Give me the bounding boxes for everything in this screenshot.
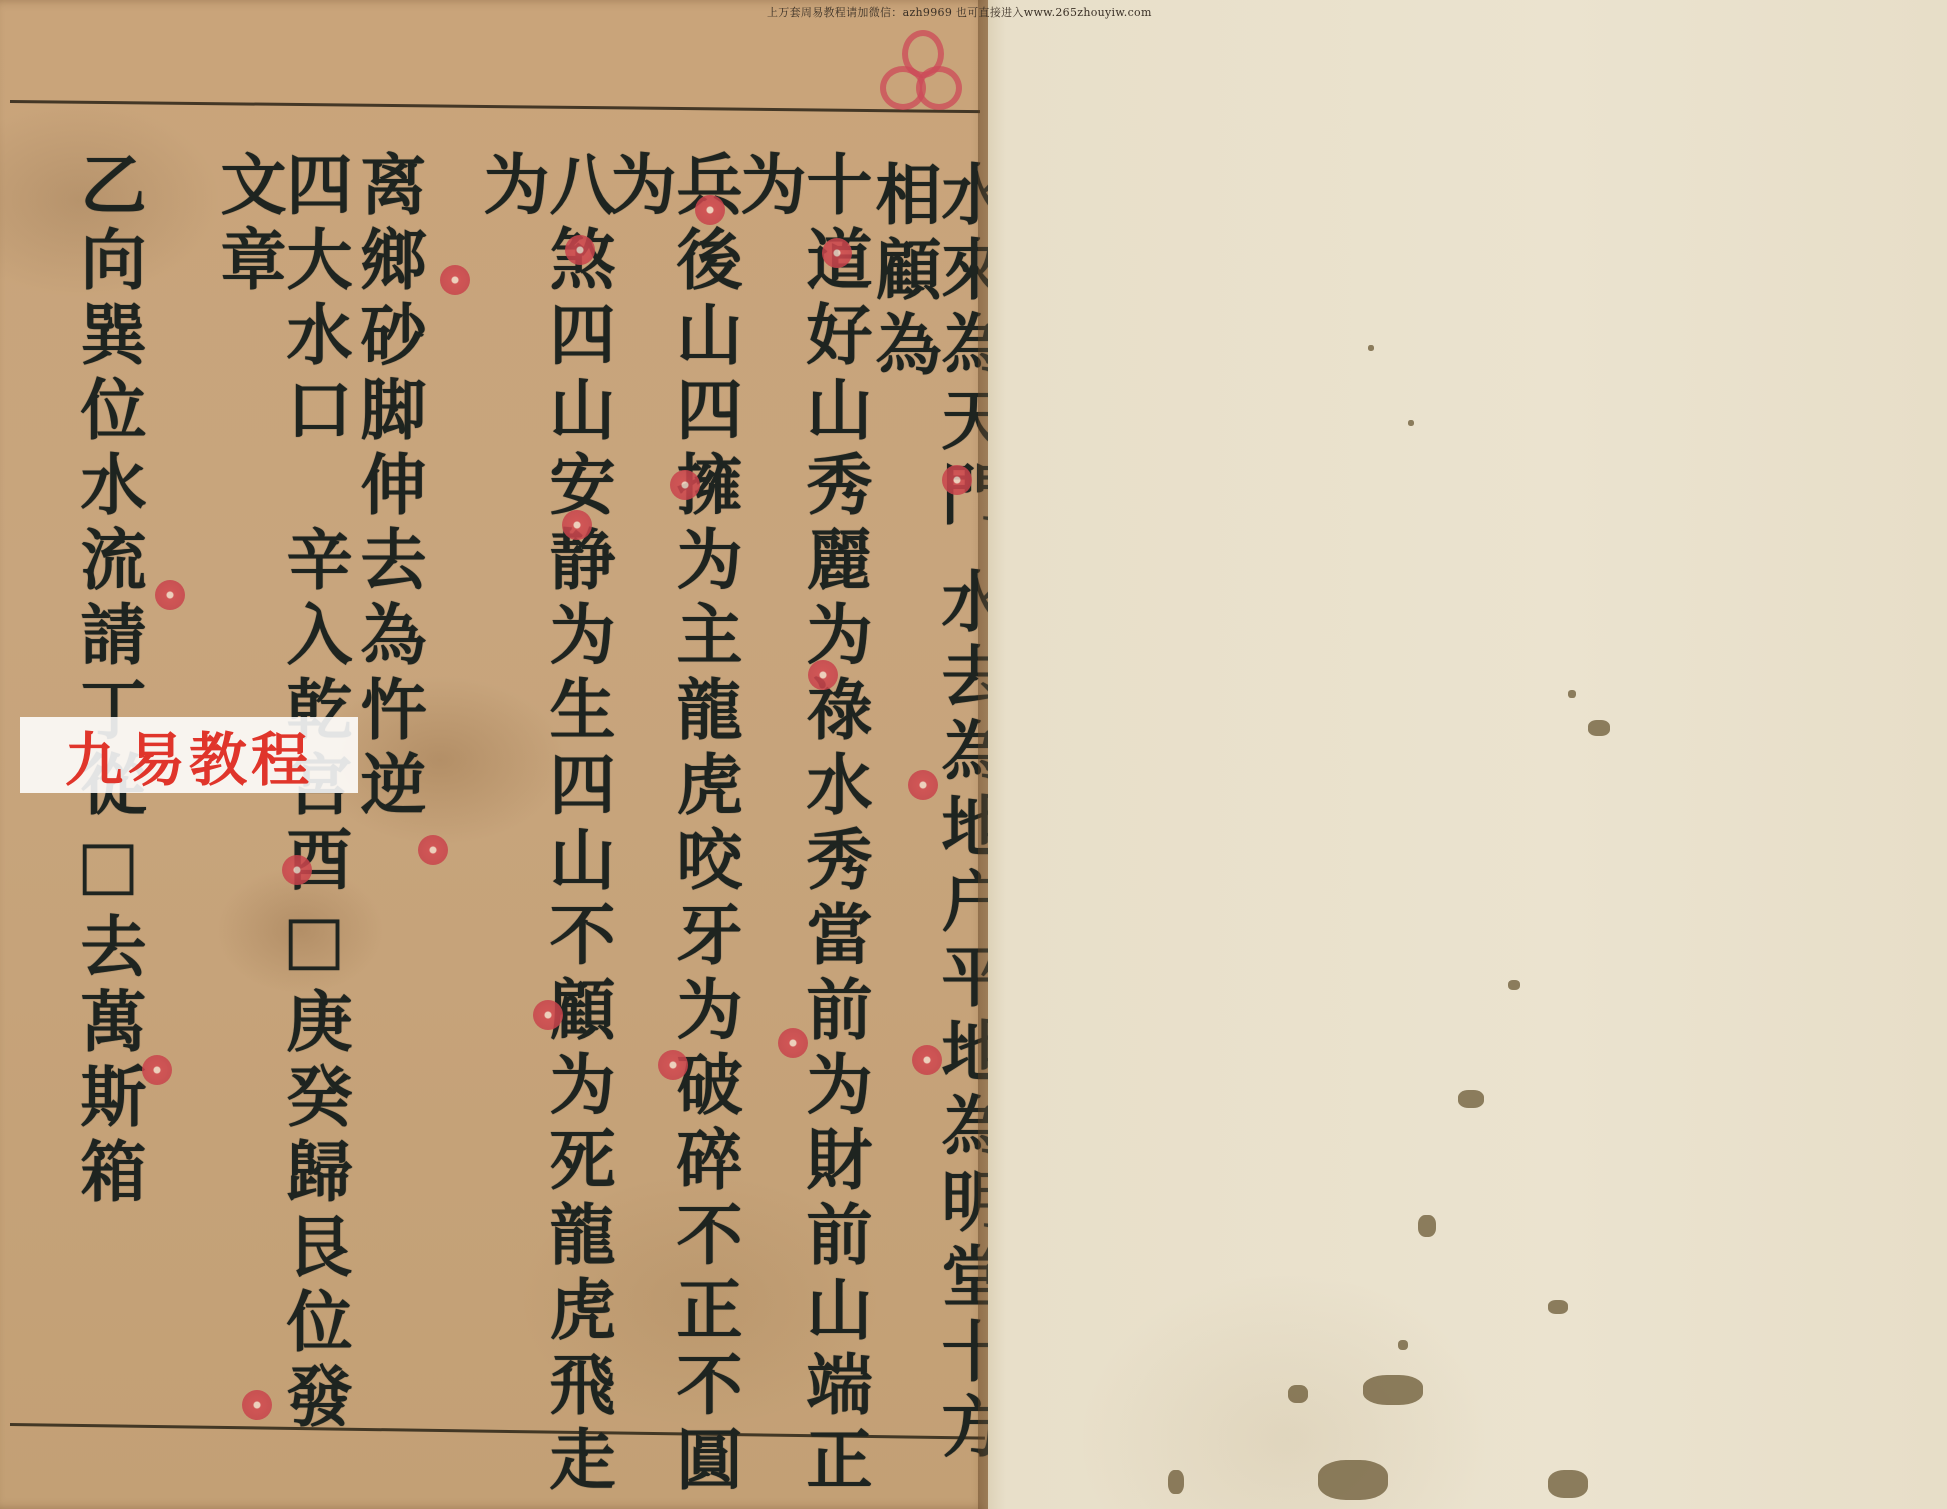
punctuation-dot (912, 1045, 942, 1075)
left-page: 水來為天門 水去為地户平地為明堂十方相顧為 十道好山秀麗为祿水秀當前为財前山端正… (0, 0, 988, 1509)
punctuation-dot (778, 1028, 808, 1058)
punctuation-dot (242, 1390, 272, 1420)
paper-stain (1408, 420, 1414, 426)
paper-stain (1363, 1375, 1423, 1405)
punctuation-dot (565, 235, 595, 265)
paper-stain (1588, 720, 1610, 736)
text-column-3: 兵後山四擁为主龍虎咬牙为破碎不正不圓为 (605, 150, 737, 1509)
paper-stain (1288, 1385, 1308, 1403)
text-column-2: 十道好山秀麗为祿水秀當前为財前山端正为 (735, 150, 867, 1509)
punctuation-dot (440, 265, 470, 295)
paper-stain (1458, 1090, 1484, 1108)
punctuation-dot (562, 510, 592, 540)
text-column-4: 八煞四山安静为生四山不顧为死龍虎飛走为 (478, 150, 610, 1509)
paper-stain (1548, 1470, 1588, 1498)
paper-stain (1548, 1300, 1568, 1314)
paper-stain (1318, 1460, 1388, 1500)
punctuation-dot (822, 238, 852, 268)
text-column-6: 四大水口 辛入乾宮酉□庚癸歸艮位發文章 (215, 150, 347, 1509)
punctuation-dot (695, 195, 725, 225)
punctuation-dot (658, 1050, 688, 1080)
paper-stain (1368, 345, 1374, 351)
top-border-rule (10, 100, 980, 113)
top-banner-text: 上万套周易教程请加微信：azh9969 也可直接进入www.265zhouyiw… (767, 4, 1152, 20)
punctuation-dot (670, 470, 700, 500)
punctuation-dot (533, 1000, 563, 1030)
red-seal-stamp (880, 30, 970, 110)
paper-stain (1418, 1215, 1436, 1237)
watermark-badge: 九易教程 (20, 717, 358, 793)
right-page-blank (988, 0, 1947, 1509)
punctuation-dot (418, 835, 448, 865)
punctuation-dot (155, 580, 185, 610)
paper-stain (1508, 980, 1520, 990)
punctuation-dot (142, 1055, 172, 1085)
punctuation-dot (282, 855, 312, 885)
paper-stain (1568, 690, 1576, 698)
punctuation-dot (908, 770, 938, 800)
punctuation-dot (808, 660, 838, 690)
paper-stain (1398, 1340, 1408, 1350)
paper-stain (1168, 1470, 1184, 1494)
text-column-5: 离鄉砂脚伸去為忤逆 (355, 150, 421, 825)
punctuation-dot (942, 465, 972, 495)
text-column-7: 乙向巽位水流請丁從□去萬斯箱 (75, 150, 141, 1212)
